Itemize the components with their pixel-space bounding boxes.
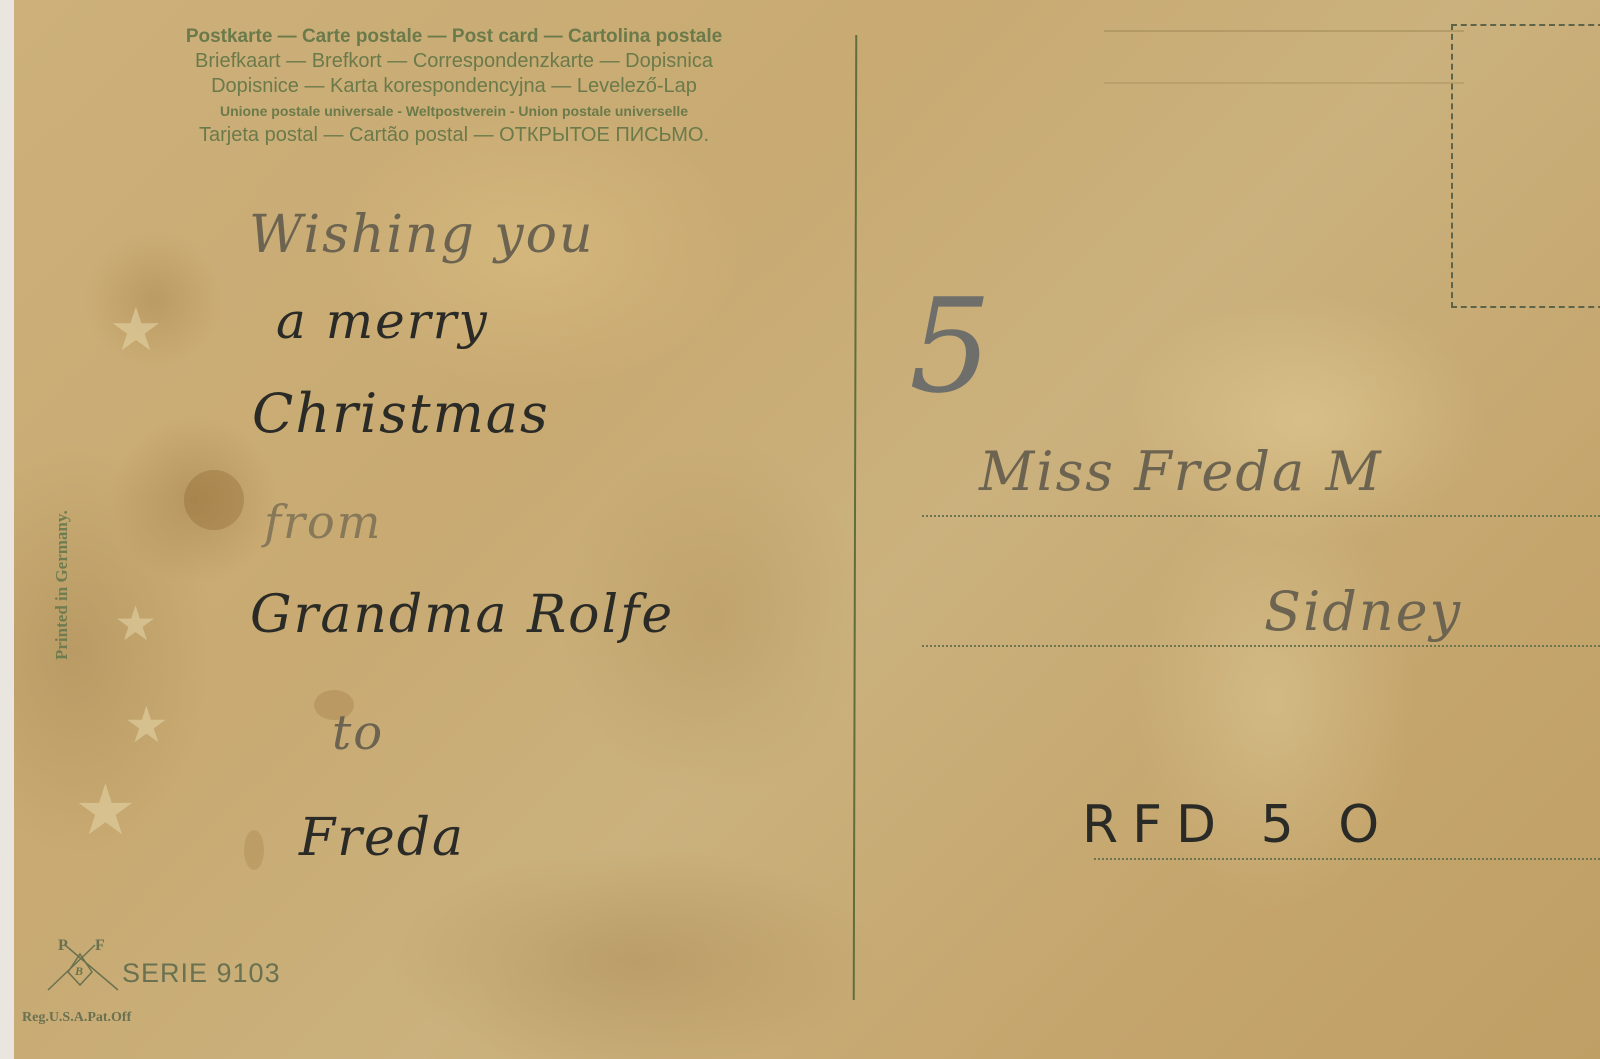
stain [184,470,244,530]
message-line: Grandma Rolfe [250,585,674,645]
registration-mark: Reg.U.S.A.Pat.Off [22,1010,131,1026]
address-name: Miss Freda M [979,440,1383,503]
postcard-back: ★ ★ ★ ★ Postkarte — Carte postale — Post… [14,0,1600,1059]
header-line: Tarjeta postal — Cartão postal — ОТКРЫТО… [119,123,789,148]
message-line: to [332,705,384,761]
printed-in-germany: Printed in Germany. [52,510,72,660]
message-line: Christmas [252,382,550,445]
header-line: Unione postale universale - Weltpostvere… [119,99,789,123]
svg-text:F: F [95,937,105,954]
publisher-logo-icon: P F B [40,930,130,1000]
address-line [922,645,1600,647]
embossed-decoration [1104,30,1464,84]
embossed-star-icon: ★ [114,600,157,648]
message-line: Wishing you [249,205,594,265]
series-number: SERIE 9103 [122,958,281,989]
center-divider [853,35,858,1000]
message-line: a merry [276,292,489,350]
header-line: Dopisnice — Karta korespondencyjna — Lev… [119,74,789,99]
address-city: Sidney [1264,580,1462,643]
message-line: Freda [299,808,465,868]
header-line: Postkarte — Carte postale — Post card — … [119,24,789,49]
address-route: RFD 5 O [1082,795,1393,855]
postcard-header: Postkarte — Carte postale — Post card — … [119,24,789,148]
address-line [1094,858,1600,860]
svg-text:B: B [74,964,83,978]
address-line [922,515,1600,517]
header-line: Briefkaart — Brefkort — Correspondenzkar… [119,49,789,74]
pencil-mark: 5 [909,270,994,422]
stamp-placeholder-box [1451,24,1600,308]
embossed-star-icon: ★ [109,300,163,360]
embossed-star-icon: ★ [74,775,137,845]
message-line: from [264,495,382,549]
stain [244,830,264,870]
embossed-star-icon: ★ [124,700,169,750]
